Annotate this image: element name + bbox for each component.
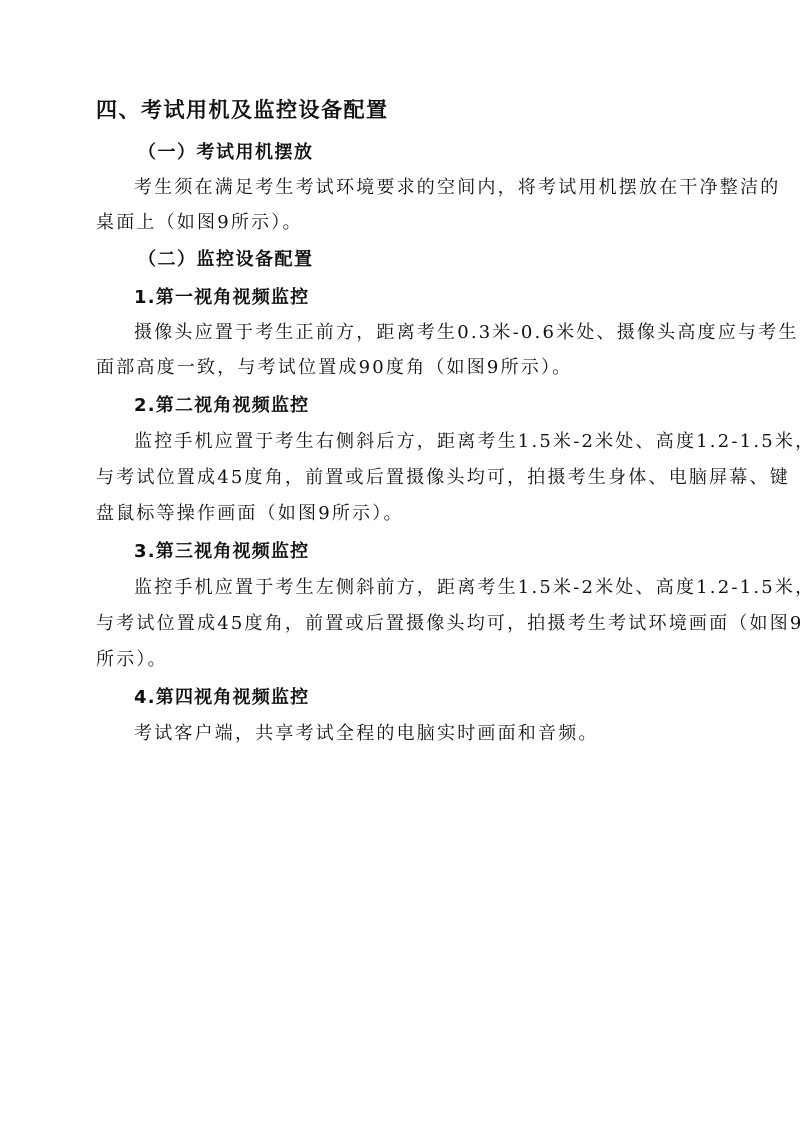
paragraph-line: 所示）。 <box>96 648 168 672</box>
item-title-fourth-view: 4.第四视角视频监控 <box>134 686 309 710</box>
item-title-first-view: 1.第一视角视频监控 <box>134 286 309 310</box>
paragraph-line: 监控手机应置于考生左侧斜前方，距离考生1.5米-2米处、高度1.2-1.5米， <box>134 576 800 600</box>
item-title-third-view: 3.第三视角视频监控 <box>134 540 309 564</box>
paragraph-line: 面部高度一致，与考试位置成90度角（如图9所示）。 <box>96 356 572 380</box>
paragraph-line: 盘鼠标等操作画面（如图9所示）。 <box>96 502 404 526</box>
paragraph-line: 与考试位置成45度角，前置或后置摄像头均可，拍摄考生身体、电脑屏幕、键 <box>96 466 790 490</box>
paragraph-line: 桌面上（如图9所示）。 <box>96 211 303 235</box>
subsection-title-monitoring: （二）监控设备配置 <box>138 248 314 272</box>
section-title: 四、考试用机及监控设备配置 <box>96 98 389 122</box>
paragraph-line: 考试客户端，共享考试全程的电脑实时画面和音频。 <box>134 722 599 746</box>
paragraph-line: 考生须在满足考生考试环境要求的空间内，将考试用机摆放在干净整洁的 <box>134 176 780 200</box>
paragraph-line: 摄像头应置于考生正前方，距离考生0.3米-0.6米处、摄像头高度应与考生 <box>134 321 799 345</box>
subsection-title-placement: （一）考试用机摆放 <box>138 141 314 165</box>
paragraph-line: 与考试位置成45度角，前置或后置摄像头均可，拍摄考生考试环境画面（如图9 <box>96 612 800 636</box>
paragraph-line: 监控手机应置于考生右侧斜后方，距离考生1.5米-2米处、高度1.2-1.5米， <box>134 430 800 454</box>
item-title-second-view: 2.第二视角视频监控 <box>134 394 309 418</box>
document-page: 四、考试用机及监控设备配置 （一）考试用机摆放 考生须在满足考生考试环境要求的空… <box>0 0 800 1131</box>
